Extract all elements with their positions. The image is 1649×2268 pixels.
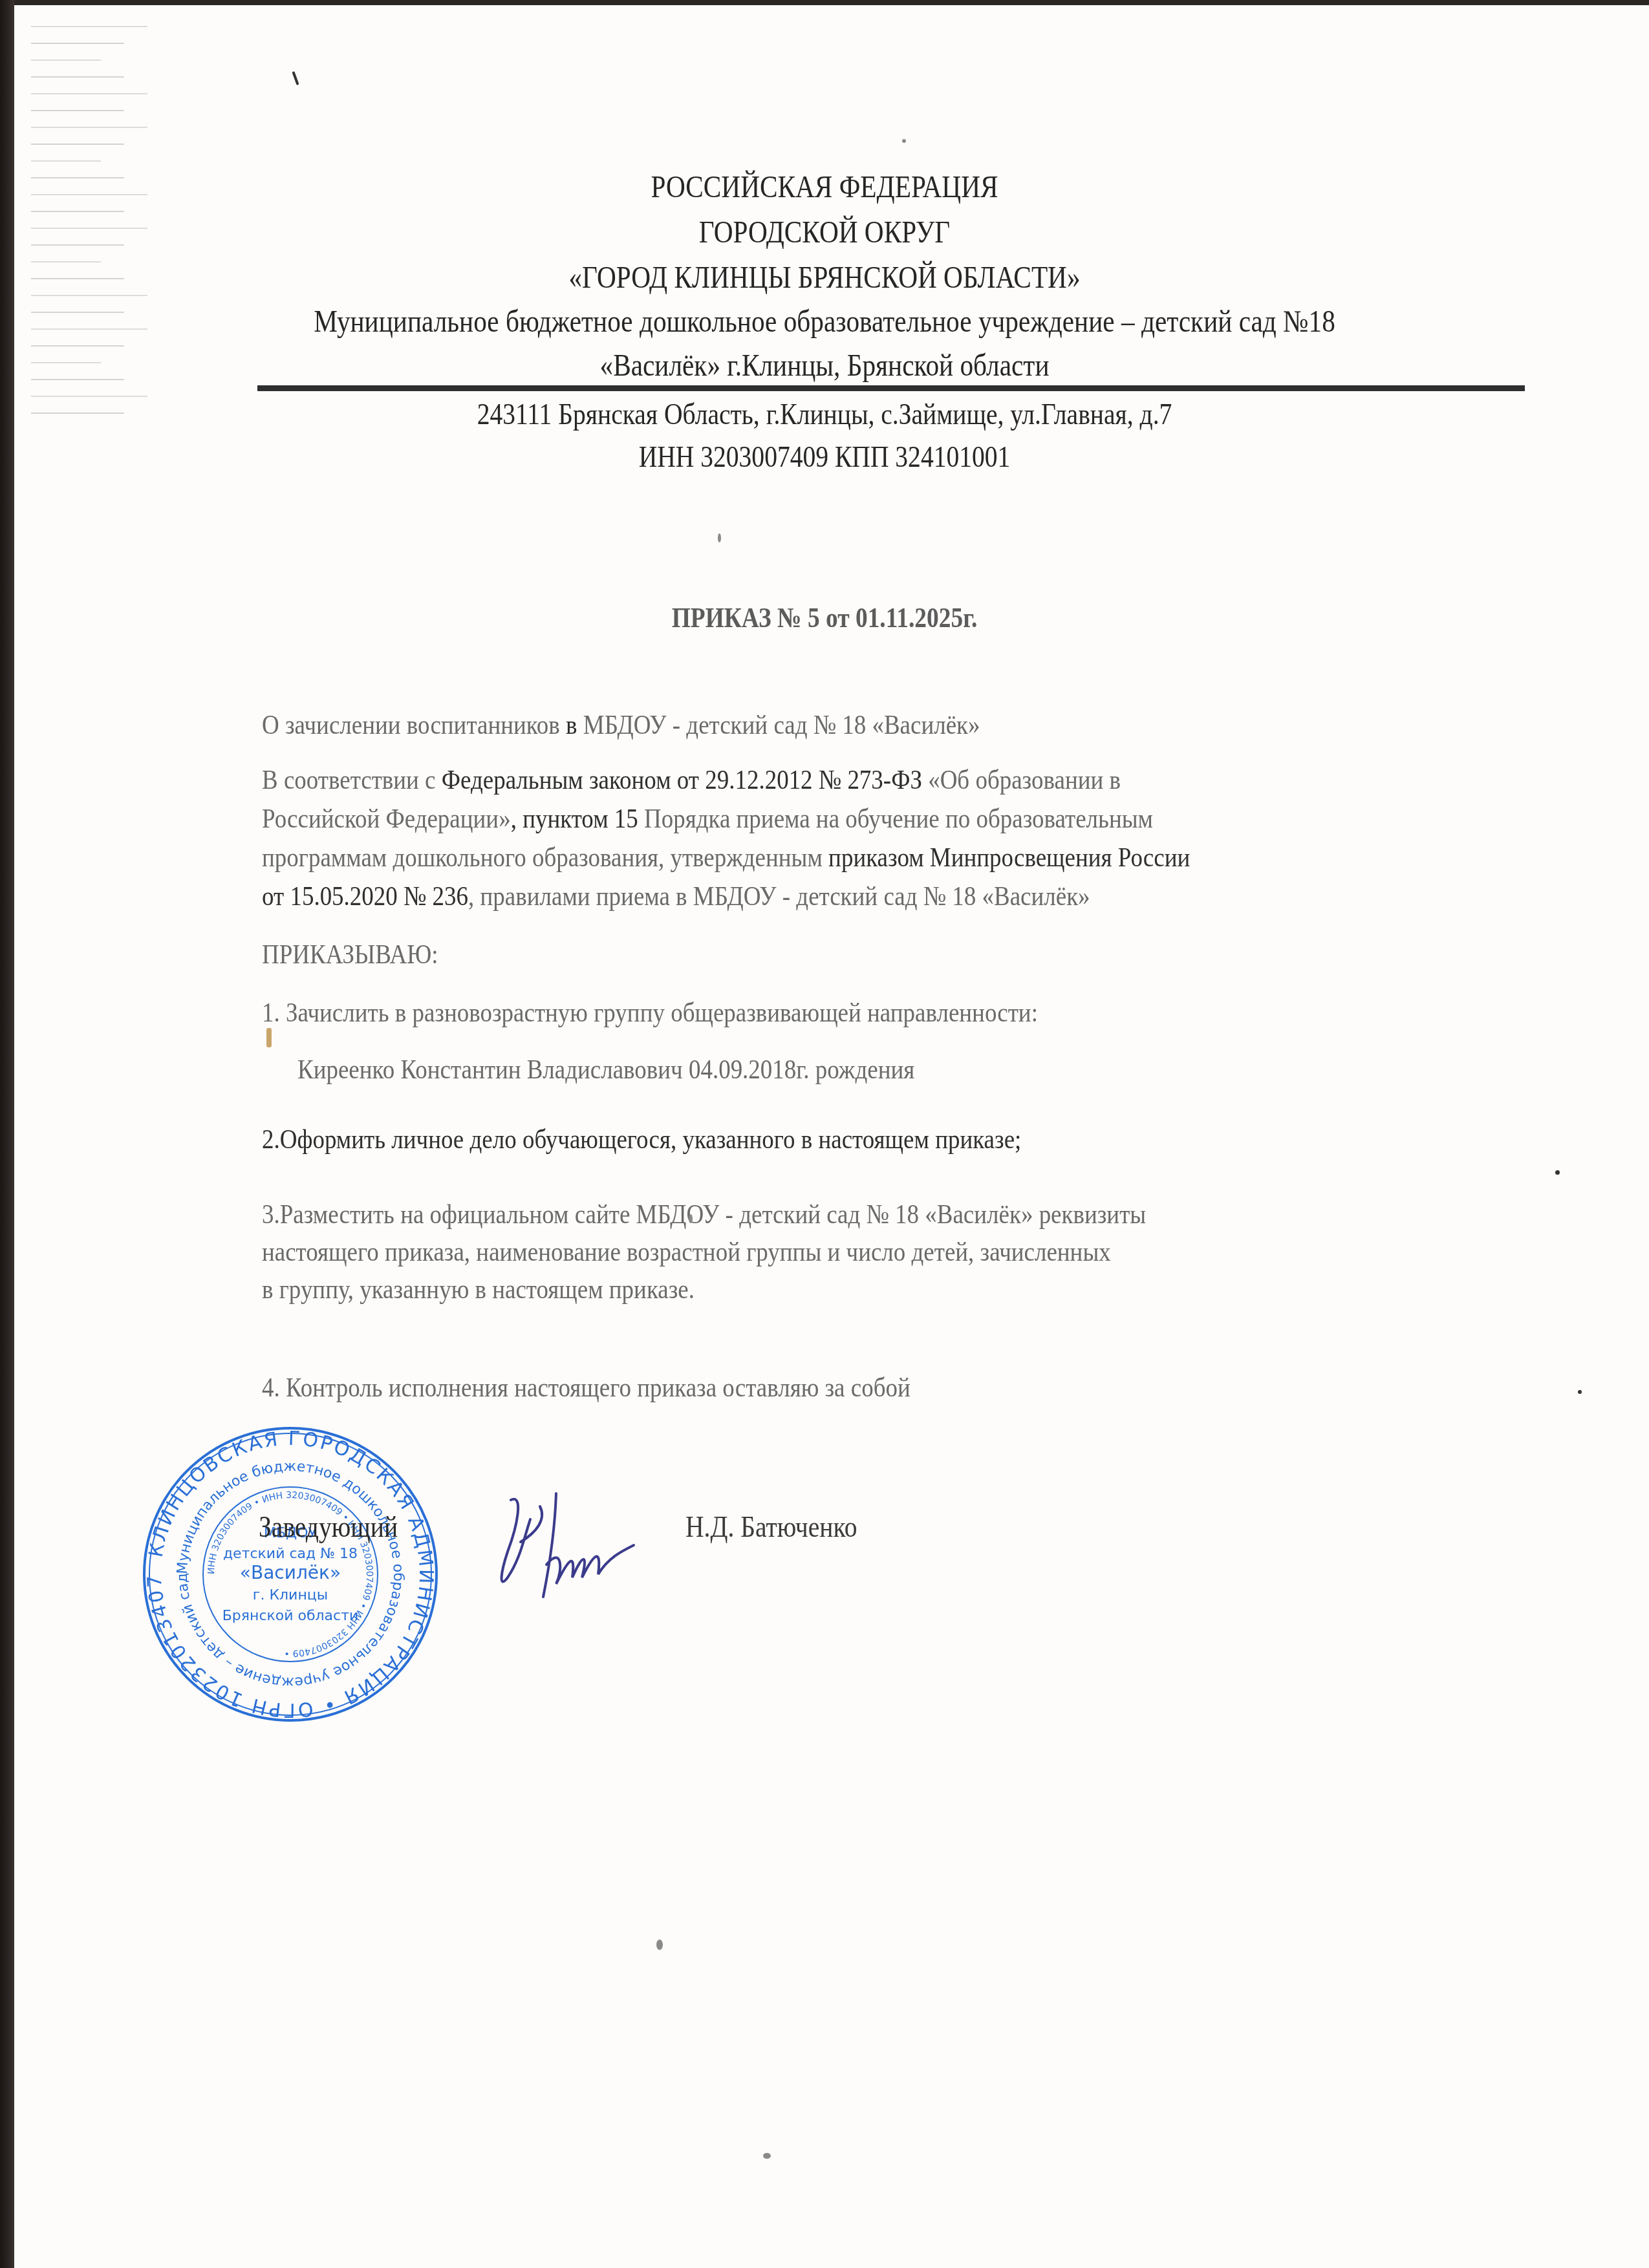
svg-text:«Василёк»: «Василёк» — [240, 1562, 341, 1583]
order-item-1: 1. Зачислить в разновозрастную группу об… — [262, 997, 1038, 1029]
svg-text:Брянской области: Брянской области — [222, 1608, 359, 1624]
scan-speck — [292, 71, 299, 85]
handwritten-signature — [485, 1481, 640, 1610]
scan-speck — [656, 1940, 663, 1950]
item-2-text: 2.Оформить личное дело обучающегося, ука… — [262, 1124, 1021, 1155]
scan-speck — [689, 1214, 693, 1223]
basis-segment: , пунктом 15 — [511, 804, 638, 834]
basis-segment: , правилами приема в МБДОУ - детский сад… — [468, 881, 1090, 912]
header-institution: Муниципальное бюджетное дошкольное образ… — [116, 304, 1534, 339]
basis-segment: Порядка приема на обучение по образовате… — [638, 804, 1153, 834]
subject-text-end: МБДОУ - детский сад № 18 «Василёк» — [577, 710, 980, 740]
order-subject: О зачислении воспитанников в МБДОУ - дет… — [262, 709, 980, 741]
basis-segment: Федеральным законом от 29.12.2012 № 273-… — [442, 765, 922, 795]
header-rule — [257, 385, 1525, 391]
order-item-2: 2.Оформить личное дело обучающегося, ука… — [262, 1124, 1021, 1155]
basis-line: программам дошкольного образования, утве… — [262, 842, 1190, 873]
header-district: ГОРОДСКОЙ ОКРУГ — [116, 215, 1534, 250]
order-item-4: 4. Контроль исполнения настоящего приказ… — [262, 1372, 911, 1404]
basis-segment: В соответствии с — [262, 765, 442, 795]
decree-word: ПРИКАЗЫВАЮ: — [262, 939, 438, 970]
header-country: РОССИЙСКАЯ ФЕДЕРАЦИЯ — [116, 169, 1534, 205]
header-city: «ГОРОД КЛИНЦЫ БРЯНСКОЙ ОБЛАСТИ» — [116, 260, 1534, 295]
scan-speck — [266, 1028, 272, 1047]
basis-line: Российской Федерации», пунктом 15 Порядк… — [262, 803, 1153, 835]
basis-segment: от 15.05.2020 № 236 — [262, 881, 468, 912]
enrolled-child: Киреенко Константин Владиславович 04.09.… — [297, 1054, 914, 1086]
basis-line: от 15.05.2020 № 236, правилами приема в … — [262, 881, 1090, 912]
scan-speck — [1555, 1170, 1560, 1175]
header-institution-name: «Василёк» г.Клинцы, Брянской области — [116, 348, 1534, 383]
scan-speck — [718, 533, 721, 542]
official-stamp: КЛИНЦОВСКАЯ ГОРОДСКАЯ АДМИНИСТРАЦИЯ • ОГ… — [141, 1422, 440, 1726]
order-item-3-line-2: настоящего приказа, наименование возраст… — [262, 1236, 1111, 1268]
scan-edge-top — [0, 0, 1649, 5]
order-item-3-line-1: 3.Разместить на официальном сайте МБДОУ … — [262, 1199, 1146, 1230]
svg-text:г. Клинцы: г. Клинцы — [253, 1587, 328, 1603]
scan-speck — [763, 2153, 771, 2159]
basis-segment: приказом Минпросвещения России — [828, 842, 1190, 873]
subject-text-bold: в — [566, 710, 577, 740]
scan-edge-left — [0, 0, 14, 2268]
basis-line: В соответствии с Федеральным законом от … — [262, 764, 1121, 796]
basis-segment: программам дошкольного образования, утве… — [262, 842, 828, 873]
basis-segment: Российской Федерации» — [262, 804, 511, 834]
subject-text: О зачислении воспитанников — [262, 710, 566, 740]
svg-text:детский сад № 18: детский сад № 18 — [223, 1546, 358, 1562]
signatory-position: Заведующий — [259, 1510, 398, 1544]
signatory-name: Н.Д. Батюченко — [685, 1510, 857, 1544]
header-inn-kpp: ИНН 3203007409 КПП 324101001 — [116, 440, 1534, 474]
scan-speck — [902, 139, 906, 143]
order-item-3-line-3: в группу, указанную в настоящем приказе. — [262, 1274, 695, 1305]
order-title: ПРИКАЗ № 5 от 01.11.2025г. — [124, 601, 1525, 634]
basis-segment: «Об образовании в — [922, 765, 1121, 795]
scan-speck — [1578, 1390, 1582, 1394]
header-address: 243111 Брянская Область, г.Клинцы, с.Зай… — [116, 397, 1534, 431]
